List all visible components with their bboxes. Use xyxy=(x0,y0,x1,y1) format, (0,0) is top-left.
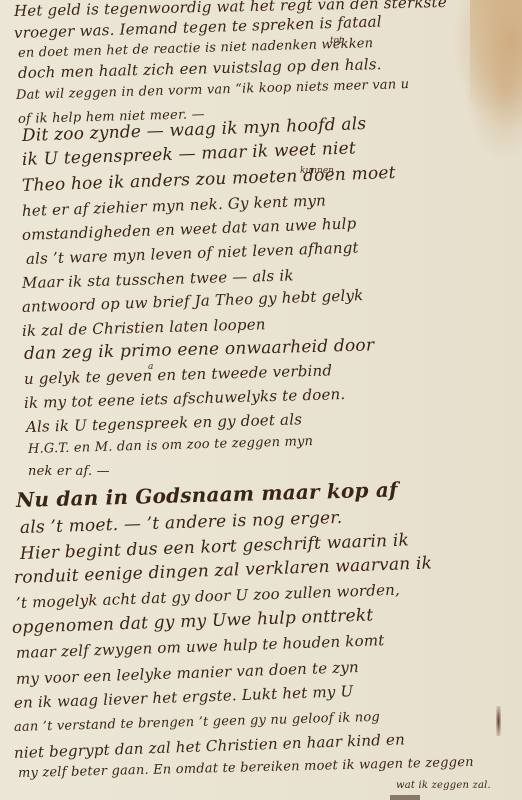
manuscript-line: Als ik U tegenspreek en gy doet als xyxy=(26,410,303,436)
manuscript-line: en ik waag liever het ergste. Lukt het m… xyxy=(14,682,354,712)
manuscript-line: nek er af. — xyxy=(28,464,110,479)
manuscript-line: aan ’t verstand te brengen ’t geen gy nu… xyxy=(14,710,380,735)
manuscript-line: Dat wil zeggen in den vorm van “ik koop … xyxy=(16,77,410,103)
manuscript-line: u gelyk te geven en ten tweede verbind xyxy=(24,361,333,388)
manuscript-line: ik zal de Christien laten loopen xyxy=(22,315,266,340)
manuscript-line: het er af ziehier myn nek. Gy kent myn xyxy=(22,191,327,220)
manuscript-line: wat ik zeggen zal. xyxy=(396,780,491,791)
ink-mark xyxy=(390,795,420,800)
manuscript-page: Het geld is tegenwoordig wat het regt va… xyxy=(0,0,522,800)
manuscript-line: ik my tot eene iets afschuwelyks te doen… xyxy=(24,385,346,412)
paper-stain xyxy=(470,0,522,110)
manuscript-line: Nu dan in Godsnaam maar kop af xyxy=(16,477,398,512)
manuscript-line: als ’t ware myn leven of niet leven afha… xyxy=(26,238,359,268)
manuscript-line: dan zeg ik primo eene onwaarheid door xyxy=(24,335,375,364)
manuscript-line: Maar ik sta tusschen twee — als ik xyxy=(22,266,294,292)
manuscript-line: H.G.T. en M. dan is om zoo te zeggen myn xyxy=(28,434,314,457)
ink-blot xyxy=(496,706,501,736)
